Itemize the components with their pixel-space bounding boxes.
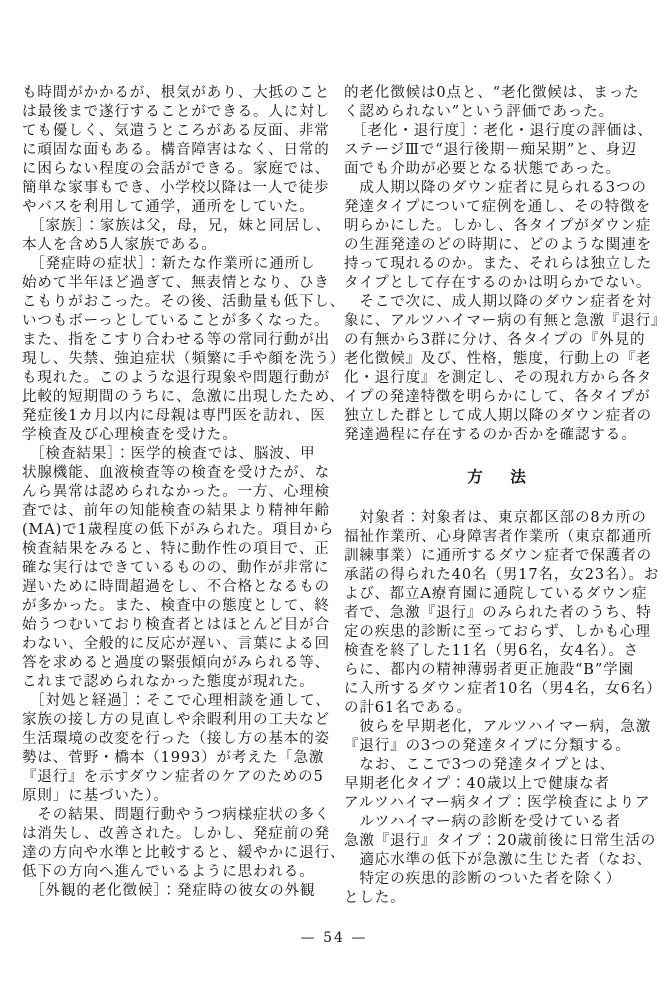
right-column-part2: 対象者：対象者は、東京都区部の8カ所の福祉作業所、心身障害者作業所（東京都通所訓…	[344, 509, 655, 908]
text-line: 独立した群として成人期以降のダウン症者の	[344, 407, 655, 426]
text-line: く認められない”という評価であった。	[344, 103, 655, 122]
right-column-part1: 的老化徴候は0点と、“老化徴候は、まったく認められない”という評価であった。 ［…	[344, 84, 655, 445]
text-line: は消失し、改善された。しかし、発症前の発	[22, 825, 333, 844]
text-line: 遅いために時間超過をし、不合格となるもの	[22, 578, 333, 597]
text-line: (MA)で1歳程度の低下がみられた。項目から	[22, 521, 333, 540]
text-line: 『退行』を示すダウン症者のケアのための5	[22, 768, 333, 787]
text-line: 現し、失禁、強迫症状（頻繁に手や顔を洗う）	[22, 350, 333, 369]
text-line: ［家族］：家族は父，母，兄，妹と同居し、	[22, 217, 333, 236]
text-line: そこで次に、成人期以降のダウン症者を対	[344, 293, 655, 312]
text-line: に困らない程度の会話ができる。家庭では、	[22, 160, 333, 179]
right-column: 的老化徴候は0点と、“老化徴候は、まったく認められない”という評価であった。 ［…	[344, 84, 655, 908]
text-line: んら異常は認められなかった。一方、心理検	[22, 483, 333, 502]
text-line: 急激『退行』タイプ：20歳前後に日常生活の	[344, 832, 655, 851]
text-line: 勢は、菅野・橋本（1993）が考えた「急激	[22, 749, 333, 768]
text-line: ［外観的老化徴候］：発症時の彼女の外観	[22, 882, 333, 901]
text-line: 始うつむいており検査者とはほとんど目が合	[22, 616, 333, 635]
text-line: なお、ここで3つの発達タイプとは、	[344, 756, 655, 775]
text-line: に頑固な面もある。構音障害はなく、日常的	[22, 141, 333, 160]
text-line: に入所するダウン症者10名（男4名，女6名）	[344, 680, 655, 699]
text-line: 彼らを早期老化，アルツハイマー病，急激	[344, 718, 655, 737]
text-line: 発達過程に存在するのか否かを確認する。	[344, 426, 655, 445]
left-column: も時間がかかるが、根気があり、大抵のことは最後まで遂行することができる。人に対し…	[22, 84, 333, 908]
text-line: 家族の接し方の見直しや余暇利用の工夫など	[22, 711, 333, 730]
text-line: 生活環境の改変を行った（接し方の基本的姿	[22, 730, 333, 749]
text-line: 検査を終了した11名（男6名，女4名）。さ	[344, 642, 655, 661]
text-line: イプの発達特徴を明らかにして、各タイプが	[344, 388, 655, 407]
text-line: 老化徴候』及び、性格，態度，行動上の『老	[344, 350, 655, 369]
text-line: ［対処と経過］：そこで心理相談を通して、	[22, 692, 333, 711]
text-line: は最後まで遂行することができる。人に対し	[22, 103, 333, 122]
text-line: こもりがおこった。その後、活動量も低下し、	[22, 293, 333, 312]
text-line: 学検査及び心理検査を受けた。	[22, 426, 333, 445]
text-line: 早期老化タイプ：40歳以上で健康な者	[344, 775, 655, 794]
text-line: 簡単な家事もでき、小学校以降は一人で徒歩	[22, 179, 333, 198]
text-line: 福祉作業所、心身障害者作業所（東京都通所	[344, 528, 655, 547]
text-line: 確な実行はできているものの、動作が非常に	[22, 559, 333, 578]
text-line: 明らかにした。しかし、各タイプがダウン症	[344, 217, 655, 236]
text-line: 達の方向や水準と比較すると、緩やかに退行、	[22, 844, 333, 863]
text-line: ても優しく、気遣うところがある反面、非常	[22, 122, 333, 141]
document-page: も時間がかかるが、根気があり、大抵のことは最後まで遂行することができる。人に対し…	[22, 84, 656, 908]
text-line: が多かった。また、検査中の態度として、終	[22, 597, 333, 616]
text-line: 検査結果をみると、特に動作性の項目で、正	[22, 540, 333, 559]
text-line: 者で、急激『退行』のみられた者のうち、特	[344, 604, 655, 623]
text-line: 象に、アルツハイマー病の有無と急激『退行』	[344, 312, 655, 331]
text-line: 訓練事業）に通所するダウン症者で保護者の	[344, 547, 655, 566]
text-line: 特定の疾患的診断のついた者を除く）	[344, 870, 655, 889]
text-line: 的老化徴候は0点と、“老化徴候は、まった	[344, 84, 655, 103]
text-line: 対象者：対象者は、東京都区部の8カ所の	[344, 509, 655, 528]
text-line: ［検査結果］：医学的検査では、脳波、甲	[22, 445, 333, 464]
text-line: 定の疾患的診断に至っておらず、しかも心理	[344, 623, 655, 642]
text-line: また、指をこすり合わせる等の常同行動が出	[22, 331, 333, 350]
text-line: とした。	[344, 889, 655, 908]
text-line: よび、都立A療育園に通院しているダウン症	[344, 585, 655, 604]
text-line: 答を求めると過度の緊張傾向がみられる等、	[22, 654, 333, 673]
text-line: 『退行』の3つの発達タイプに分類する。	[344, 737, 655, 756]
text-line: ［発症時の症状］：新たな作業所に通所し	[22, 255, 333, 274]
section-heading-method: 方 法	[344, 467, 655, 486]
text-line: わない、全般的に反応が遅い、言葉による回	[22, 635, 333, 654]
text-line: 発症後1カ月以内に母親は専門医を訪れ、医	[22, 407, 333, 426]
text-line: 面でも介助が必要となる状態であった。	[344, 160, 655, 179]
text-line: タイプとして存在するのかは明らかでない。	[344, 274, 655, 293]
text-line: 承諾の得られた40名（男17名，女23名）。お	[344, 566, 655, 585]
text-line: 発達タイプについて症例を通し、その特徴を	[344, 198, 655, 217]
text-line: も時間がかかるが、根気があり、大抵のこと	[22, 84, 333, 103]
text-line: 持って現れるのか。また、それらは独立した	[344, 255, 655, 274]
text-line: 比較的短期間のうちに、急激に出現したため、	[22, 388, 333, 407]
text-line: ステージⅢで“退行後期－痴呆期”と、身辺	[344, 141, 655, 160]
text-line: ［老化・退行度］：老化・退行度の評価は、	[344, 122, 655, 141]
page-number: — 54 —	[0, 930, 668, 946]
text-line: も現れた。このような退行現象や問題行動が	[22, 369, 333, 388]
text-line: アルツハイマー病タイプ：医学検査によりア	[344, 794, 655, 813]
text-line: の有無から3群に分け、各タイプの『外見的	[344, 331, 655, 350]
text-line: 原則」に基づいた）。	[22, 787, 333, 806]
text-line: ルツハイマー病の診断を受けている者	[344, 813, 655, 832]
text-line: いつもボーっとしていることが多くなった。	[22, 312, 333, 331]
text-line: これまで認められなかった態度が現れた。	[22, 673, 333, 692]
text-line: 低下の方向へ進んでいるように思われる。	[22, 863, 333, 882]
text-line: らに、都内の精神薄弱者更正施設“B”学園	[344, 661, 655, 680]
text-line: その結果、問題行動やうつ病様症状の多く	[22, 806, 333, 825]
text-line: の生涯発達のどの時期に、どのような関連を	[344, 236, 655, 255]
text-line: 本人を含め5人家族である。	[22, 236, 333, 255]
text-line: 始めて半年ほど過ぎて、無表情となり、ひき	[22, 274, 333, 293]
text-line: 査では、前年の知能検査の結果より精神年齢	[22, 502, 333, 521]
text-line: 化・退行度』を測定し、その現れ方から各タ	[344, 369, 655, 388]
text-line: 状腺機能、血液検査等の検査を受けたが、な	[22, 464, 333, 483]
text-line: やバスを利用して通学，通所をしていた。	[22, 198, 333, 217]
text-line: の計61名である。	[344, 699, 655, 718]
text-line: 適応水準の低下が急激に生じた者（なお、	[344, 851, 655, 870]
text-line: 成人期以降のダウン症者に見られる3つの	[344, 179, 655, 198]
